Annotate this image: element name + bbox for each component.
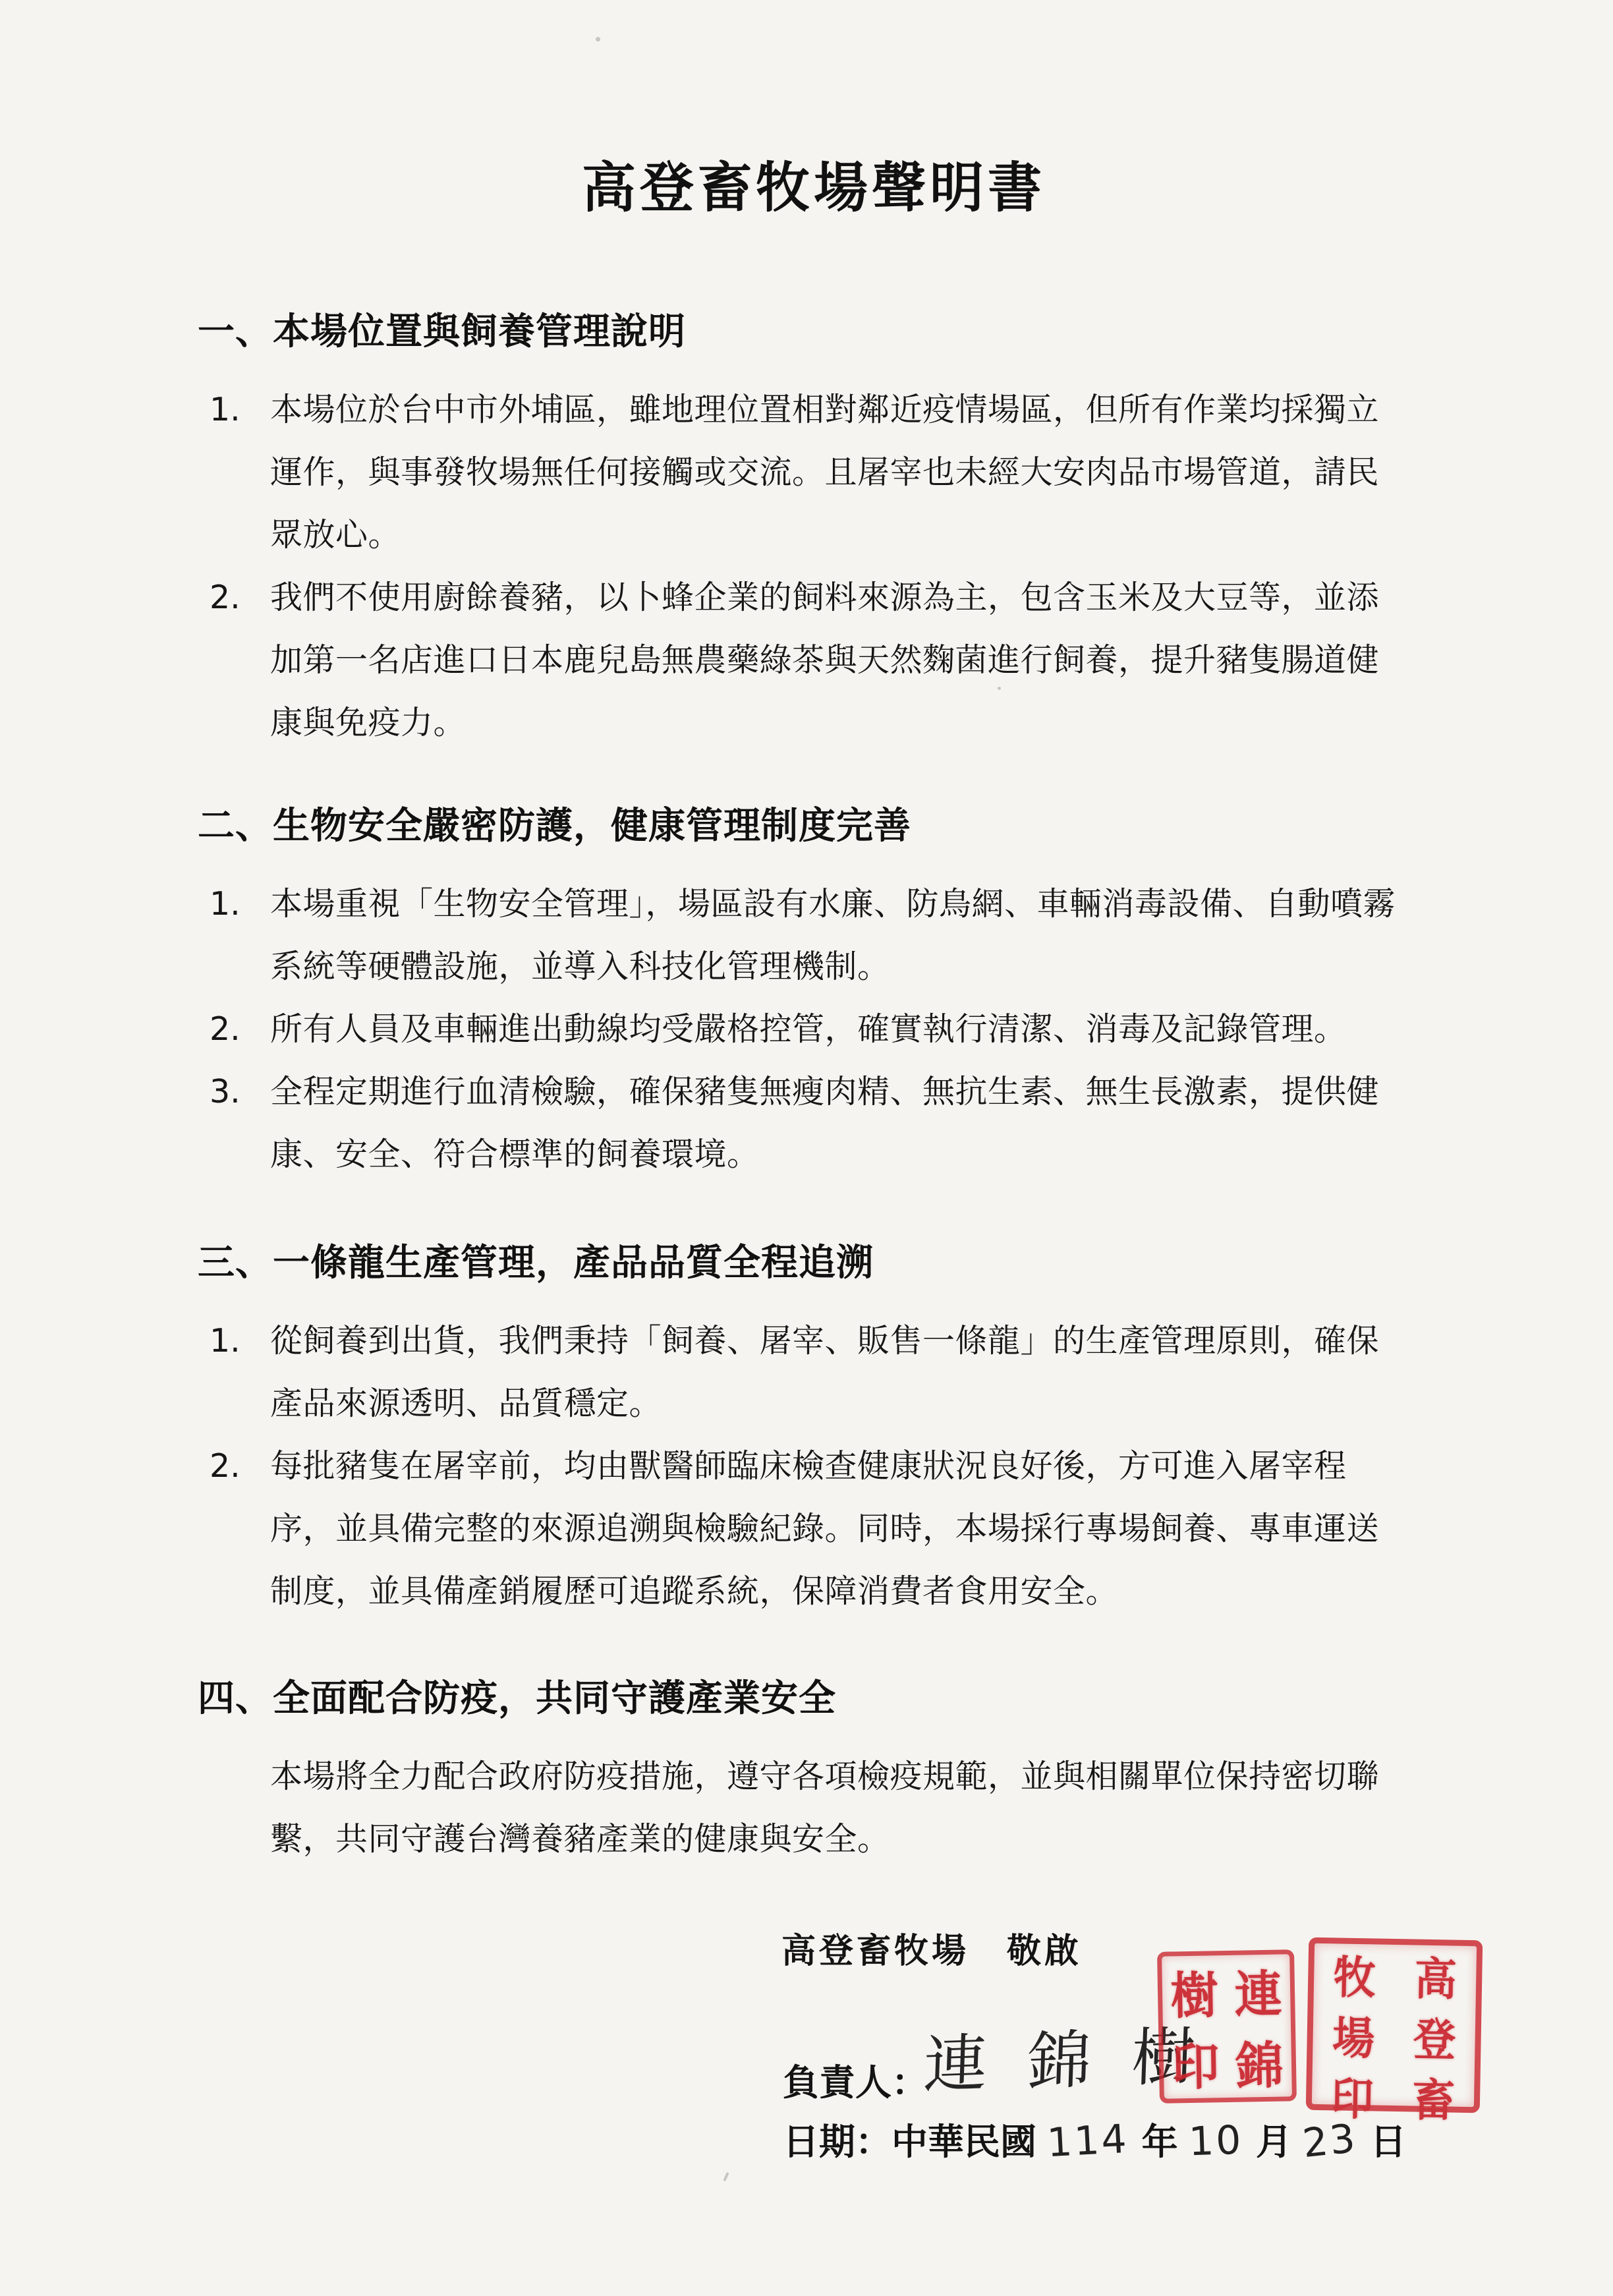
name-seal-char: 連 (1226, 1952, 1291, 2028)
scan-speck (596, 37, 600, 42)
farm-seal-char: 場 (1313, 2002, 1395, 2068)
name-seal-stamp: 樹 連 印 錦 (1157, 1949, 1297, 2104)
name-seal-char: 印 (1163, 2024, 1228, 2101)
list-item: 1. 本場位於台中市外埔區，雖地理位置相對鄰近疫情場區，但所有作業均採獨立運作，… (198, 378, 1430, 566)
scan-speck (998, 687, 1001, 690)
farm-seal-char: 高 (1394, 1943, 1477, 2009)
list-item-text: 我們不使用廚餘養豬，以卜蜂企業的飼料來源為主，包含玉米及大豆等，並添加第一名店進… (270, 566, 1410, 754)
list-item: 1. 從飼養到出貨，我們秉持「飼養、屠宰、販售一條龍」的生產管理原則，確保產品來… (198, 1309, 1430, 1435)
section-heading-4: 四、全面配合防疫，共同守護產業安全 (198, 1675, 1430, 1723)
section-4-paragraph: 本場將全力配合政府防疫措施，遵守各項檢疫規範，並與相關單位保持密切聯繫，共同守護… (270, 1745, 1410, 1870)
section-1-list: 1. 本場位於台中市外埔區，雖地理位置相對鄰近疫情場區，但所有作業均採獨立運作，… (198, 378, 1430, 754)
list-item-text: 全程定期進行血清檢驗，確保豬隻無瘦肉精、無抗生素、無生長激素，提供健康、安全、符… (270, 1060, 1410, 1186)
list-item-number: 1. (198, 1309, 270, 1372)
list-item-number: 1. (198, 873, 270, 935)
list-item-text: 本場重視「生物安全管理」，場區設有水廉、防鳥網、車輛消毒設備、自動噴霧系統等硬體… (270, 873, 1410, 998)
section-heading-3: 三、一條龍生產管理，產品品質全程追溯 (198, 1240, 1430, 1287)
date-month-unit: 月 (1256, 2113, 1292, 2165)
list-item-text: 本場位於台中市外埔區，雖地理位置相對鄰近疫情場區，但所有作業均採獨立運作，與事發… (270, 378, 1410, 566)
farm-seal-stamp: 牧 高 場 登 印 畜 (1306, 1937, 1483, 2113)
list-item: 1. 本場重視「生物安全管理」，場區設有水廉、防鳥網、車輛消毒設備、自動噴霧系統… (198, 873, 1430, 998)
date-year-unit: 年 (1142, 2113, 1178, 2165)
section-heading-1: 一、本場位置與飼養管理說明 (198, 308, 1430, 356)
document-page: 高登畜牧場聲明書 一、本場位置與飼養管理說明 1. 本場位於台中市外埔區，雖地理… (0, 0, 1613, 2296)
section-2-list: 1. 本場重視「生物安全管理」，場區設有水廉、防鳥網、車輛消毒設備、自動噴霧系統… (198, 873, 1430, 1186)
list-item-number: 2. (198, 566, 270, 629)
list-item-number: 2. (198, 1435, 270, 1497)
farm-seal-char: 印 (1311, 2063, 1394, 2129)
principal-label: 負責人： (783, 2053, 928, 2106)
section-3-list: 1. 從飼養到出貨，我們秉持「飼養、屠宰、販售一條龍」的生產管理原則，確保產品來… (198, 1309, 1430, 1622)
section-heading-2: 二、生物安全嚴密防護，健康管理制度完善 (198, 803, 1430, 850)
list-item-text: 每批豬隻在屠宰前，均由獸醫師臨床檢查健康狀況良好後，方可進入屠宰程序，並具備完整… (270, 1435, 1410, 1622)
farm-seal-char: 登 (1394, 2003, 1476, 2069)
name-seal-char: 錦 (1227, 2023, 1292, 2100)
signoff-line: 高登畜牧場 敬啟 (781, 1923, 1082, 1972)
farm-seal-char: 牧 (1313, 1941, 1396, 2007)
list-item: 2. 每批豬隻在屠宰前，均由獸醫師臨床檢查健康狀況良好後，方可進入屠宰程序，並具… (198, 1435, 1430, 1622)
list-item-number: 3. (198, 1060, 270, 1123)
list-item: 3. 全程定期進行血清檢驗，確保豬隻無瘦肉精、無抗生素、無生長激素，提供健康、安… (198, 1060, 1430, 1186)
date-era: 中華民國 (891, 2113, 1036, 2165)
farm-seal-char: 畜 (1392, 2064, 1475, 2130)
date-month-handwritten: 10 (1187, 2117, 1243, 2166)
date-year-handwritten: 114 (1046, 2116, 1129, 2166)
list-item-text: 從飼養到出貨，我們秉持「飼養、屠宰、販售一條龍」的生產管理原則，確保產品來源透明… (270, 1309, 1410, 1435)
date-label: 日期： (783, 2113, 891, 2165)
list-item-number: 1. (198, 378, 270, 441)
list-item-number: 2. (198, 998, 270, 1060)
name-seal-char: 樹 (1162, 1953, 1227, 2030)
list-item: 2. 所有人員及車輛進出動線均受嚴格控管，確實執行清潔、消毒及記錄管理。 (198, 998, 1430, 1060)
document-content: 高登畜牧場聲明書 一、本場位置與飼養管理說明 1. 本場位於台中市外埔區，雖地理… (198, 0, 1430, 1870)
list-item: 2. 我們不使用廚餘養豬，以卜蜂企業的飼料來源為主，包含玉米及大豆等，並添加第一… (198, 566, 1430, 754)
list-item-text: 所有人員及車輛進出動線均受嚴格控管，確實執行清潔、消毒及記錄管理。 (270, 998, 1410, 1060)
scan-speck (723, 2172, 729, 2181)
page-title: 高登畜牧場聲明書 (198, 159, 1430, 217)
